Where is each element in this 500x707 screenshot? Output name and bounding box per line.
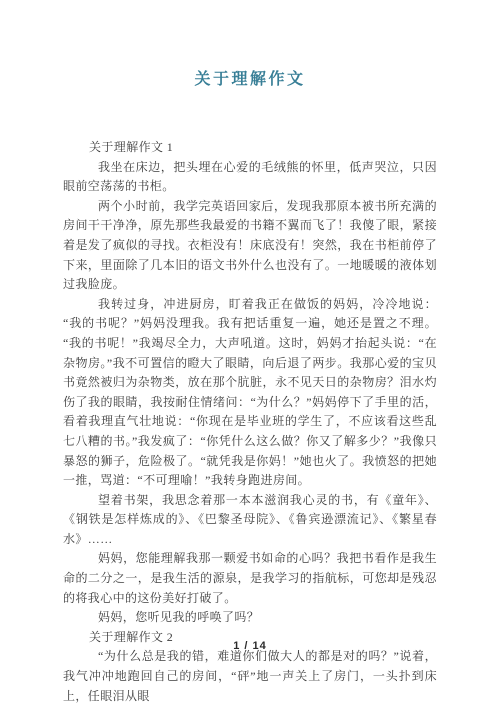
page-number: 1 / 14 — [0, 640, 500, 652]
page-title: 关于理解作文 — [0, 0, 500, 89]
paragraph: 我坐在床边，把头埋在心爱的毛绒熊的怀里，低声哭泣，只因眼前空荡荡的书柜。 — [63, 158, 437, 197]
paragraph: 我转过身，冲进厨房，盯着我正在做饭的妈妈，冷冷地说：“我的书呢？”妈妈没理我。我… — [63, 295, 437, 491]
section-heading: 关于理解作文 1 — [63, 138, 437, 158]
document-content: 关于理解作文 1 我坐在床边，把头埋在心爱的毛绒熊的怀里，低声哭泣，只因眼前空荡… — [0, 138, 500, 706]
paragraph: 望着书架，我思念着那一本本滋润我心灵的书，有《童年》、《钢铁是怎样炼成的》、《巴… — [63, 491, 437, 550]
paragraph: 妈妈，您能理解我那一颗爱书如命的心吗？我把书看作是我生命的二分之一，是我生活的源… — [63, 549, 437, 608]
paragraph: “为什么总是我的错，难道你们做大人的都是对的吗？”说着，我气冲冲地跑回自己的房间… — [63, 647, 437, 706]
paragraph: 两个小时前，我学完英语回家后，发现我那原本被书所充满的房间干干净净，原先那些我最… — [63, 197, 437, 295]
document-page: 关于理解作文 关于理解作文 1 我坐在床边，把头埋在心爱的毛绒熊的怀里，低声哭泣… — [0, 0, 500, 707]
paragraph: 妈妈，您听见我的呼唤了吗？ — [63, 608, 437, 628]
